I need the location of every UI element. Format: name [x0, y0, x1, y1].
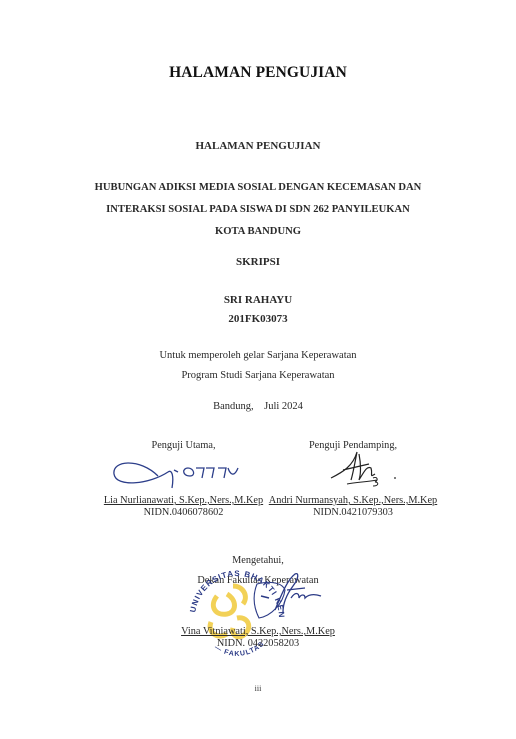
examiner-nidn: NIDN.0406078602	[96, 507, 271, 519]
examiner-role: Penguji Utama,	[96, 440, 271, 451]
thesis-title: HUBUNGAN ADIKSI MEDIA SOSIAL DENGAN KECE…	[0, 177, 516, 243]
examiner-nidn: NIDN.0421079303	[263, 507, 443, 519]
document-type: SKRIPSI	[0, 256, 516, 268]
signature-lia-icon	[110, 454, 260, 494]
examiner-companion: Penguji Pendamping, Andri Nurmansyah, S.…	[263, 440, 443, 451]
dean-nidn: NIDN. 0422058203	[0, 638, 516, 649]
svg-text:UNIVERSITAS BHAKTI KENCANA: UNIVERSITAS BHAKTI KENCANA	[187, 566, 286, 619]
dean-name: Vina Vitniawati, S.Kep.,Ners.,M.Kep	[0, 626, 516, 637]
scanned-page-title: HALAMAN PENGUJIAN	[0, 140, 516, 152]
university-stamp-icon: UNIVERSITAS BHAKTI KENCANA — FAKULTAS	[187, 566, 367, 666]
thesis-title-line: HUBUNGAN ADIKSI MEDIA SOSIAL DENGAN KECE…	[0, 177, 516, 199]
signature-andri-icon	[323, 448, 403, 488]
purpose-line: Untuk memperoleh gelar Sarjana Keperawat…	[0, 346, 516, 366]
examiner-name: Andri Nurmansyah, S.Kep.,Ners.,M.Kep	[263, 495, 443, 506]
page-number: iii	[0, 684, 516, 693]
page-heading: HALAMAN PENGUJIAN	[0, 64, 516, 82]
student-id: 201FK03073	[0, 310, 516, 329]
examiner-name: Lia Nurlianawati, S.Kep.,Ners.,M.Kep	[96, 495, 271, 506]
degree-purpose: Untuk memperoleh gelar Sarjana Keperawat…	[0, 346, 516, 386]
thesis-title-line: INTERAKSI SOSIAL PADA SISWA DI SDN 262 P…	[0, 199, 516, 221]
author-name: SRI RAHAYU	[0, 291, 516, 310]
thesis-title-line: KOTA BANDUNG	[0, 221, 516, 243]
purpose-line: Program Studi Sarjana Keperawatan	[0, 366, 516, 386]
examiner-main: Penguji Utama, Lia Nurlianawati, S.Kep.,…	[96, 440, 271, 451]
place-date: Bandung, Juli 2024	[0, 401, 516, 412]
author-block: SRI RAHAYU 201FK03073	[0, 291, 516, 329]
